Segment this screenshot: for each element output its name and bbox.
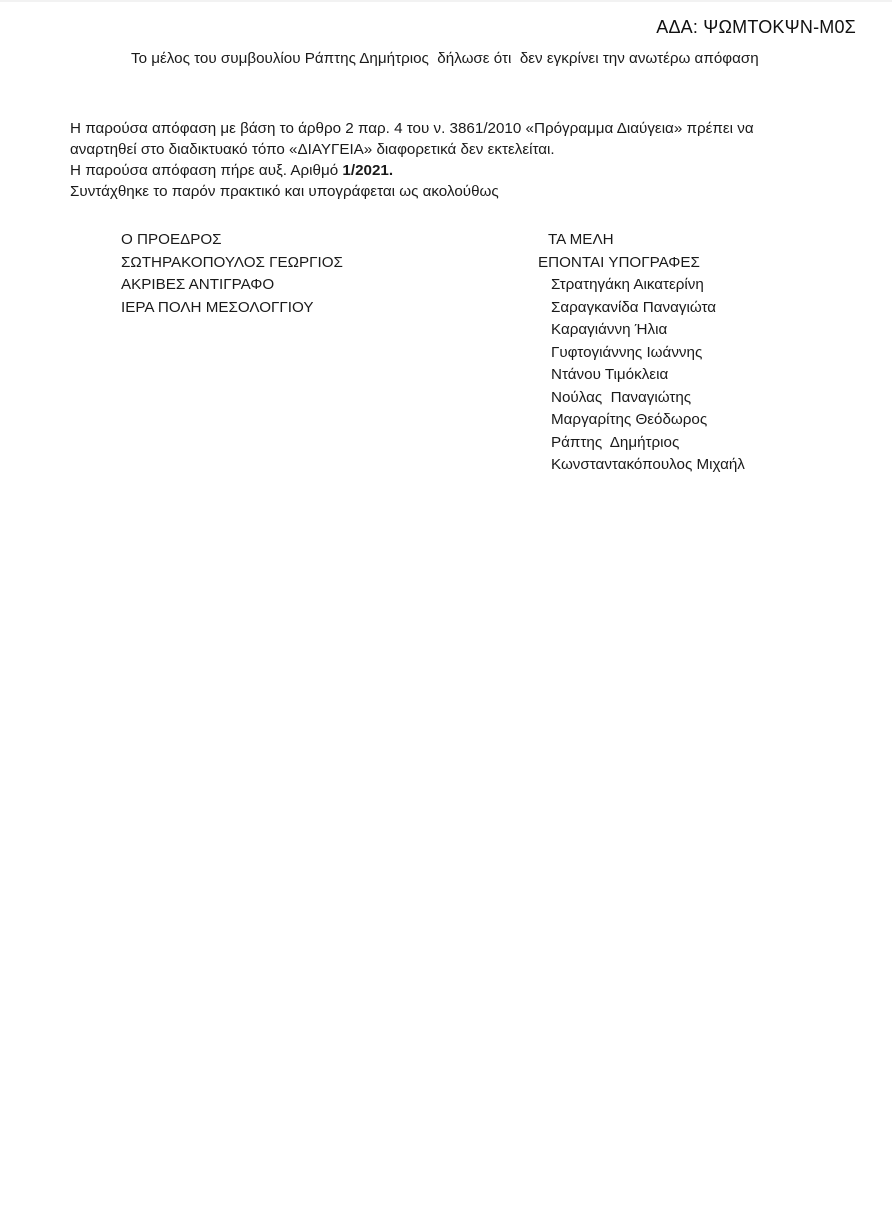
member-name: Κωνσταντακόπουλος Μιχαήλ bbox=[551, 454, 745, 477]
members-subtitle: ΕΠΟΝΤΑΙ ΥΠΟΓΡΑΦΕΣ bbox=[538, 252, 745, 275]
members-signature-block: ΤΑ ΜΕΛΗ ΕΠΟΝΤΑΙ ΥΠΟΓΡΑΦΕΣ Στρατηγάκη Αικ… bbox=[551, 229, 745, 477]
members-title: ΤΑ ΜΕΛΗ bbox=[538, 229, 745, 252]
decision-number-line: Η παρούσα απόφαση πήρε αυξ. Αριθμό 1/202… bbox=[70, 160, 860, 181]
member-name: Ράπτης Δημήτριος bbox=[551, 432, 745, 455]
member-name: Μαργαρίτης Θεόδωρος bbox=[551, 409, 745, 432]
member-name: Νούλας Παναγιώτης bbox=[551, 387, 745, 410]
members-list: Στρατηγάκη ΑικατερίνηΣαραγκανίδα Παναγιώ… bbox=[551, 274, 745, 477]
true-copy-note: ΑΚΡΙΒΕΣ ΑΝΤΙΓΡΑΦΟ bbox=[121, 274, 343, 297]
publication-requirement-line-2: αναρτηθεί στο διαδικτυακό τόπο «ΔΙΑΥΓΕΙΑ… bbox=[70, 139, 860, 160]
organization-name: ΙΕΡΑ ΠΟΛΗ ΜΕΣΟΛΟΓΓΙΟΥ bbox=[121, 297, 343, 320]
member-name: Στρατηγάκη Αικατερίνη bbox=[551, 274, 745, 297]
member-name: Ντάνου Τιμόκλεια bbox=[551, 364, 745, 387]
decision-number-prefix: Η παρούσα απόφαση πήρε αυξ. Αριθμό bbox=[70, 162, 342, 179]
ada-identifier: ΑΔΑ: ΨΩΜΤΟΚΨΝ-Μ0Σ bbox=[656, 17, 856, 38]
publication-requirement-line-1: Η παρούσα απόφαση με βάση το άρθρο 2 παρ… bbox=[70, 118, 860, 139]
page-top-edge bbox=[0, 0, 892, 2]
signing-statement: Συντάχθηκε το παρόν πρακτικό και υπογράφ… bbox=[70, 181, 860, 202]
member-name: Σαραγκανίδα Παναγιώτα bbox=[551, 297, 745, 320]
decision-number: 1/2021. bbox=[342, 162, 393, 179]
dissent-note: Το μέλος του συμβουλίου Ράπτης Δημήτριος… bbox=[131, 50, 759, 67]
member-name: Γυφτογιάννης Ιωάννης bbox=[551, 342, 745, 365]
president-name: ΣΩΤΗΡΑΚΟΠΟΥΛΟΣ ΓΕΩΡΓΙΟΣ bbox=[121, 252, 343, 275]
decision-paragraph: Η παρούσα απόφαση με βάση το άρθρο 2 παρ… bbox=[70, 118, 860, 202]
president-signature-block: Ο ΠΡΟΕΔΡΟΣ ΣΩΤΗΡΑΚΟΠΟΥΛΟΣ ΓΕΩΡΓΙΟΣ ΑΚΡΙΒ… bbox=[121, 229, 343, 319]
member-name: Καραγιάννη Ήλια bbox=[551, 319, 745, 342]
president-title: Ο ΠΡΟΕΔΡΟΣ bbox=[121, 229, 343, 252]
